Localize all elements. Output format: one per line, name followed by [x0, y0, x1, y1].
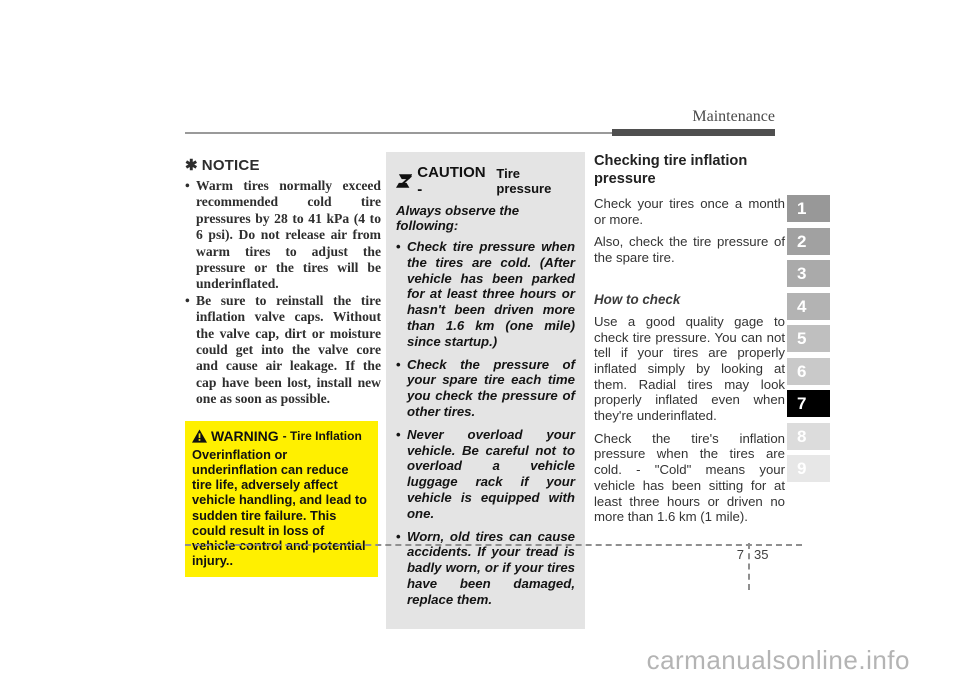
- chapter-tab-2[interactable]: 2: [787, 228, 830, 255]
- chapter-tab-9[interactable]: 9: [787, 455, 830, 482]
- caution-list: Check tire pressure when the tires are c…: [396, 239, 575, 608]
- chapter-tab-8[interactable]: 8: [787, 423, 830, 450]
- notice-list: Warm tires normally exceed rec­ommended …: [185, 178, 381, 408]
- warning-title: WARNING: [211, 428, 279, 444]
- article-paragraph: Check your tires once a month or more.: [594, 196, 785, 227]
- chapter-tab-5[interactable]: 5: [787, 325, 830, 352]
- chapter-tab-strip: 1 2 3 4 5 6 7 8 9: [787, 195, 830, 488]
- middle-column: CAUTION - Tire pressure Always observe t…: [386, 152, 585, 629]
- article-title: Checking tire inflation pres­sure: [594, 153, 785, 188]
- caution-subtitle: Tire pressure: [496, 166, 575, 196]
- caution-item: Check the pressure of your spare tire ea…: [396, 357, 575, 420]
- notice-item: Be sure to reinstall the tire infla­tion…: [185, 293, 381, 408]
- chapter-tab-4[interactable]: 4: [787, 293, 830, 320]
- left-column: ✱NOTICE Warm tires normally exceed rec­o…: [185, 150, 381, 577]
- notice-heading: ✱NOTICE: [185, 156, 381, 174]
- chapter-tab-6[interactable]: 6: [787, 358, 830, 385]
- footer-page-number: 35: [754, 547, 768, 562]
- asterisk-icon: ✱: [185, 157, 198, 174]
- warning-subtitle: - Tire Inflation: [283, 429, 362, 443]
- notice-title: NOTICE: [202, 157, 260, 174]
- chapter-tab-1[interactable]: 1: [787, 195, 830, 222]
- right-column: Checking tire inflation pres­sure Check …: [594, 150, 785, 532]
- warning-heading: WARNING - Tire Inflation: [192, 428, 371, 444]
- notice-item: Warm tires normally exceed rec­ommended …: [185, 178, 381, 293]
- caution-intro: Always observe the following:: [396, 203, 575, 233]
- article-subheading: How to check: [594, 292, 785, 307]
- caution-title: CAUTION -: [417, 164, 491, 198]
- header-rule-thin: [185, 132, 613, 134]
- header-rule-thick: [612, 129, 775, 136]
- chapter-tab-7-active[interactable]: 7: [787, 390, 830, 417]
- section-header-label: Maintenance: [692, 108, 775, 126]
- caution-item: Check tire pressure when the tires are c…: [396, 239, 575, 350]
- footer-dashed-divider: [748, 543, 750, 590]
- article-paragraph: Use a good quality gage to check tire pr…: [594, 314, 785, 424]
- warning-box: WARNING - Tire Inflation Overinflation o…: [185, 421, 378, 578]
- footer-chapter-number: 7: [728, 547, 744, 562]
- warning-triangle-icon: [192, 429, 207, 443]
- caution-item: Never overload your vehicle. Be careful …: [396, 427, 575, 522]
- chapter-tab-3[interactable]: 3: [787, 260, 830, 287]
- caution-box: CAUTION - Tire pressure Always observe t…: [386, 152, 585, 629]
- article-paragraph: Also, check the tire pressure of the spa…: [594, 234, 785, 265]
- watermark-text: carmanualsonline.info: [647, 645, 910, 676]
- footer-dashed-line: [185, 544, 802, 546]
- warning-body: Overinflation or underinflation can redu…: [192, 447, 371, 569]
- caution-heading: CAUTION - Tire pressure: [396, 164, 575, 198]
- article-paragraph: Check the tire's inflation pressure when…: [594, 431, 785, 525]
- caution-item: Worn, old tires can cause acci­dents. If…: [396, 529, 575, 608]
- caution-bolt-icon: [396, 174, 412, 188]
